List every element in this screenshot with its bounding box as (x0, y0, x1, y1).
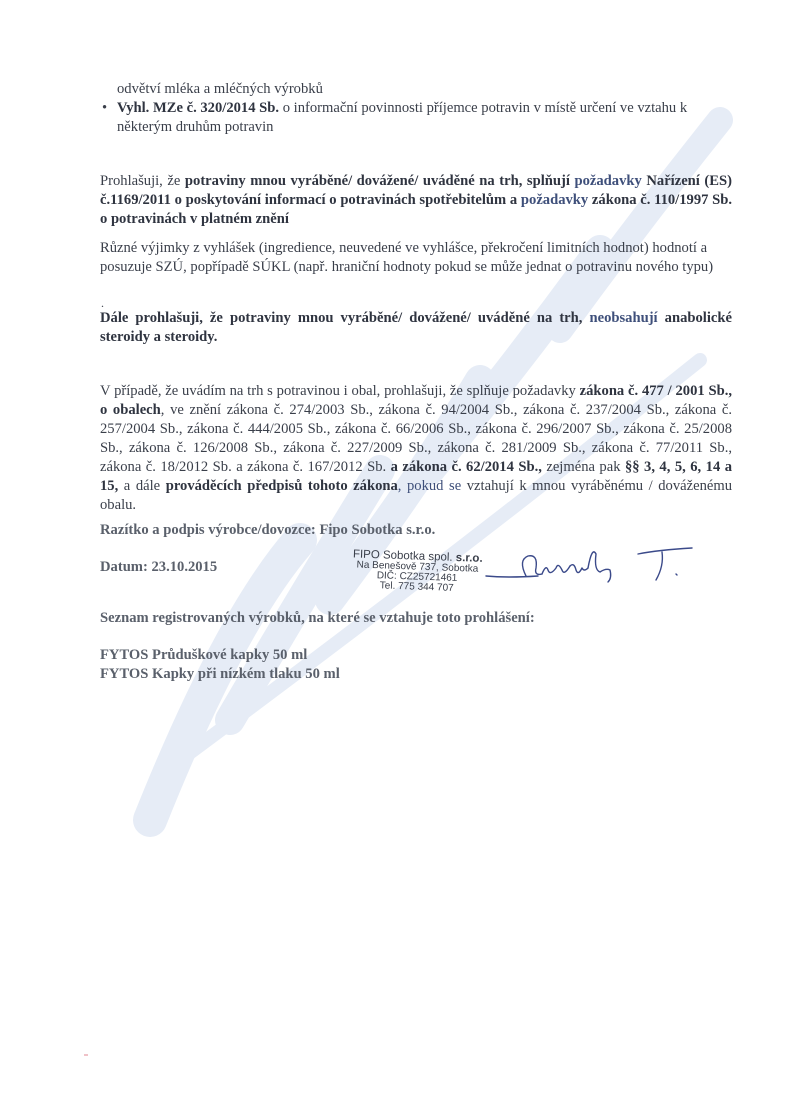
packaging-paragraph: V případě, že uvádím na trh s potravinou… (100, 382, 732, 515)
p3-bold: Dále prohlašuji, že potraviny mnou vyráb… (100, 310, 589, 326)
product-item: FYTOS Kapky při nízkém tlaku 50 ml (100, 665, 732, 684)
regulation-bullet: • Vyhl. MZe č. 320/2014 Sb. o informační… (100, 99, 732, 137)
signature-label: Razítko a podpis výrobce/dovozce: Fipo S… (100, 521, 732, 540)
products-list: FYTOS Průduškové kapky 50 ml FYTOS Kapky… (100, 646, 732, 684)
p1-bold: potraviny mnou vyráběné/ dovážené/ uvádě… (185, 173, 575, 189)
p4-text-3: a dále (118, 478, 165, 494)
p4-text-1: V případě, že uvádím na trh s potravinou… (100, 383, 580, 399)
company-stamp: FIPO Sobotka spol. s.r.o. Na Benešově 73… (342, 549, 493, 595)
continuation-line: odvětví mléka a mléčných výrobků (117, 80, 749, 99)
p4-law-2014: a zákona č. 62/2014 Sb., (391, 459, 542, 475)
p4-regulations: prováděcích předpisů tohoto zákona (166, 478, 398, 494)
handwritten-signature (478, 540, 708, 590)
p4-text-blue: , pokud se (398, 478, 461, 494)
scan-mark (84, 1054, 88, 1056)
p1-bold-blue-2: požadavky (521, 192, 588, 208)
steroids-declaration: Dále prohlašuji, že potraviny mnou vyráb… (100, 309, 732, 347)
p3-bold-blue: neobsahují (589, 310, 657, 326)
declaration-paragraph-1: Prohlašuji, že potraviny mnou vyráběné/ … (100, 172, 732, 229)
bullet-icon: • (102, 99, 107, 118)
product-item: FYTOS Průduškové kapky 50 ml (100, 646, 732, 665)
exceptions-paragraph: Různé výjimky z vyhlášek (ingredience, n… (100, 239, 732, 277)
bullet-regulation-title: Vyhl. MZe č. 320/2014 Sb. (117, 100, 279, 116)
products-list-title: Seznam registrovaných výrobků, na které … (100, 609, 732, 628)
p4-text-2: zejména pak (542, 459, 625, 475)
p1-text: Prohlašuji, že (100, 173, 185, 189)
p1-bold-blue: požadavky (574, 173, 641, 189)
document-page: odvětví mléka a mléčných výrobků • Vyhl.… (0, 0, 800, 1100)
